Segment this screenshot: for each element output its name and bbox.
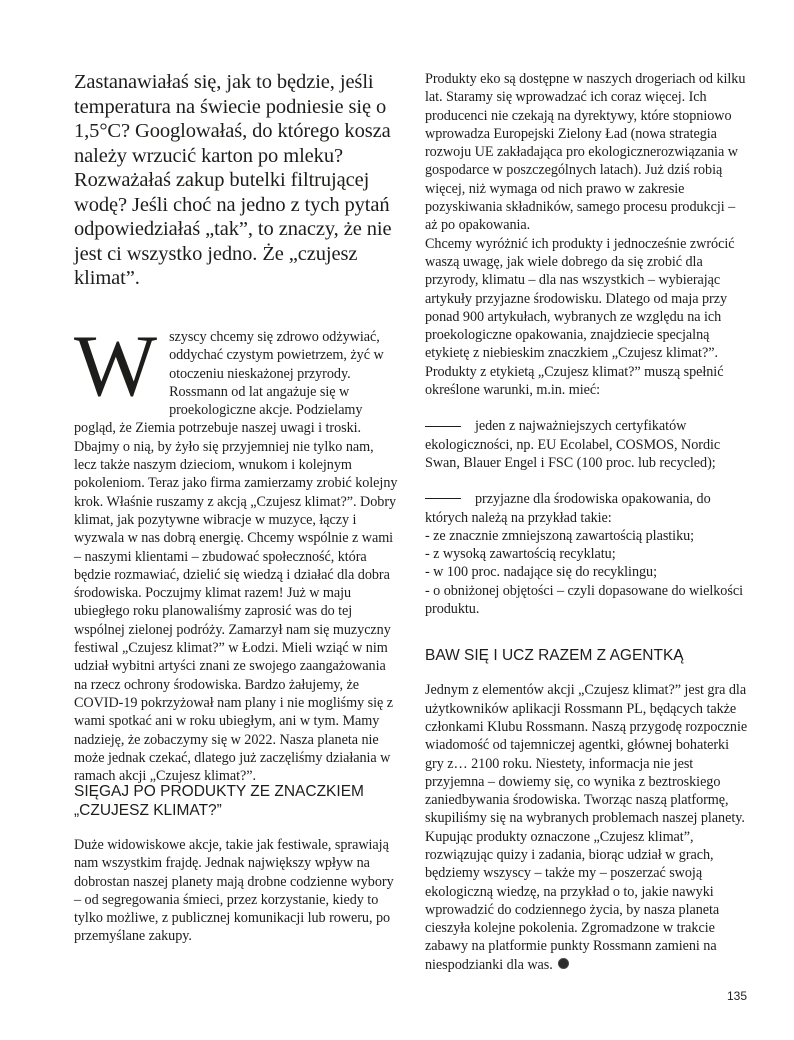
dash-rule-icon: [425, 426, 461, 427]
right-paragraph-1: Produkty eko są dostępne w naszych droge…: [425, 70, 751, 235]
intro-article-body: W szyscy chcemy się zdrowo odżywiać, odd…: [74, 328, 398, 785]
section-agent-paragraph: Jednym z elementów akcji „Czujesz klimat…: [425, 681, 751, 974]
lead-paragraph: Zastanawiałaś się, jak to będzie, jeśli …: [74, 70, 398, 291]
right-paragraph-2: Chcemy wyróżnić ich produkty i jednocześ…: [425, 235, 751, 400]
drop-cap: W: [74, 330, 157, 402]
requirement-list-item: jeden z najważniejszych certyfikatów eko…: [425, 417, 751, 472]
page-number: 135: [727, 989, 747, 1003]
requirement-list-item: przyjazne dla środowiska opakowania, do …: [425, 490, 751, 618]
section-agent: BAW SIĘ I UCZ RAZEM Z AGENTKĄ Jednym z e…: [425, 646, 751, 974]
end-mark-emblem-icon: [558, 958, 569, 969]
sub-list-item: - w 100 proc. nadające się do recyklingu…: [425, 563, 751, 581]
right-column: Produkty eko są dostępne w naszych droge…: [425, 70, 751, 974]
section-products: SIĘGAJ PO PRODUKTY ZE ZNACZKIEM „CZUJESZ…: [74, 782, 398, 946]
section-products-paragraph: Duże widowiskowe akcje, takie jak festiw…: [74, 836, 398, 946]
left-column: Zastanawiałaś się, jak to będzie, jeśli …: [74, 70, 398, 291]
sub-list-item: - ze znacznie zmniejszoną zawartością pl…: [425, 527, 751, 545]
sub-list-item: - z wysoką zawartością recyklatu;: [425, 545, 751, 563]
section-heading-products: SIĘGAJ PO PRODUKTY ZE ZNACZKIEM „CZUJESZ…: [74, 782, 398, 820]
dash-rule-icon: [425, 498, 461, 499]
section-heading-agent: BAW SIĘ I UCZ RAZEM Z AGENTKĄ: [425, 646, 751, 665]
sub-list-item: - o obniżonej objętości – czyli dopasowa…: [425, 582, 751, 619]
